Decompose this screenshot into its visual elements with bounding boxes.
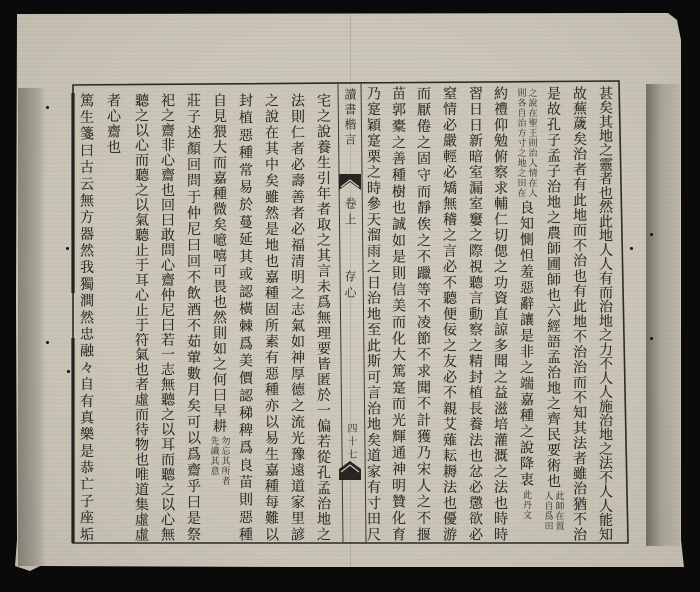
column-text: 篤生箋曰古云無方器然我獨澗然忠融々自有真樂是恭亡子座垢: [76, 93, 96, 541]
text-column: 宅之說養生引年者取之其言未爲無理要皆匿於一偏若從孔孟治地之: [313, 93, 333, 541]
text-column: 封植惡種常易於蔓延其或認橫棘爲美價認稊稗爲良苗則惡種: [235, 93, 255, 541]
note-line: 之說在聖王則治人情在人: [527, 88, 537, 198]
text-column: 窒情必嚴輕必矯無稽之言必不聽便佞之友必不親艾薙耘耨法也優游: [439, 86, 459, 541]
column-text: 封植惡種常易於蔓延其或認橫棘爲美價認稊稗爲良苗則惡種: [235, 93, 255, 541]
column-text: 故蕪薉矣治者有此地而不治也有此地不治治而不知其法者雖治猶不治: [569, 86, 589, 541]
text-column: 聽之以心而聽之以氣聽止于耳心止于符氣也者虛而待物也唯道集虛虛: [131, 93, 151, 541]
text-column: 約禮仰勉俯察求輔仁切偲之功資直諒多聞之益滋培灌溉之法也時時: [490, 86, 510, 541]
text-column: 習日日新暗室漏室窶之際視聽言動察之精封植長養法也忿必懲欲必: [465, 86, 485, 541]
column-text: 習日日新暗室漏室窶之際視聽言動察之精封植長養法也忿必懲欲必: [465, 86, 485, 541]
text-column: 之說在其中矣雖然是地也嘉種固所素有惡種亦以易生嘉種每難以: [261, 93, 281, 541]
column-text: 自見猥大而嘉種微矣噫嘻可畏也然則如之何曰早耕: [209, 93, 229, 434]
column-text: 窒情必嚴輕必矯無稽之言必不聽便佞之友必不親艾薙耘耨法也優游: [439, 86, 459, 541]
text-column: 苗郭橐之善種樹也誠如是則信美而化大篤寔而光輝通神明贊化育: [388, 86, 408, 541]
interlinear-note: 勿忘其所者 先識其意: [209, 436, 230, 486]
note-line: 勿忘其所者: [220, 436, 230, 486]
interlinear-note: 此師在置 人自爲田: [543, 491, 564, 531]
text-column: 之說在聖王則治人情在人 則各自治方寸之地之田在 良知惻怛羞惡辭讓是非之端嘉種之說…: [516, 86, 536, 541]
section-label: 存心: [339, 270, 361, 302]
column-text: 是故孔子孟子治地之農師圃師也六經語孟治地之齊民要術也: [543, 86, 563, 489]
text-column: 莊子述顏回問于仲尼曰回不飲酒不茹葷數月矣可以爲齋乎曰是祭: [183, 93, 203, 541]
text-column: 法則仁者必壽善者必福清明之志氣如神厚德之流光豫遠道家里諺: [287, 93, 307, 541]
note-line: 此丹文: [521, 490, 531, 520]
lower-fishtail-icon: [339, 460, 361, 480]
text-column: 自見猥大而嘉種微矣噫嘻可畏也然則如之何曰早耕 勿忘其所者 先識其意: [209, 93, 229, 541]
column-text: 約禮仰勉俯察求輔仁切偲之功資直諒多聞之益滋培灌溉之法也時時: [490, 86, 510, 541]
column-text: 之說在其中矣雖然是地也嘉種固所素有惡種亦以易生嘉種每難以: [261, 93, 281, 541]
text-column: 是故孔子孟子治地之農師圃師也六經語孟治地之齊民要術也 此師在置 人自爲田: [543, 86, 563, 541]
note-line: 人自爲田: [543, 491, 553, 531]
note-line: 此師在置: [554, 491, 564, 531]
text-column: 乃寔穎寔栗之時參天溜雨之日治地至此斯可言治地矣道家有寸田尺: [363, 86, 383, 541]
interlinear-note: 此丹文: [521, 490, 531, 520]
note-line: 先識其意: [209, 436, 219, 486]
volume-label: 卷上: [339, 197, 361, 229]
text-column: 祀之齋非心齋也回曰敢問心齋仲尼曰若一志無聽之以耳而聽之以心無: [157, 93, 177, 541]
column-text: 祀之齋非心齋也回曰敢問心齋仲尼曰若一志無聽之以耳而聽之以心無: [157, 93, 177, 541]
upper-fishtail-icon: [339, 174, 361, 192]
note-line: 則各自治方寸之地之田在: [516, 88, 526, 198]
column-text: 甚矣其地之靈者也然此地人人有而治地之力不人人施治地之法不人人能知: [595, 86, 615, 541]
column-text: 苗郭橐之善種樹也誠如是則信美而化大篤寔而光輝通神明贊化育: [388, 86, 408, 541]
column-text: 良知惻怛羞惡辭讓是非之端嘉種之說降衷: [516, 200, 536, 488]
text-column: 者心齋也: [103, 93, 123, 541]
text-column: 甚矣其地之靈者也然此地人人有而治地之力不人人施治地之法不人人能知: [595, 86, 615, 541]
column-text: 乃寔穎寔栗之時參天溜雨之日治地至此斯可言治地矣道家有寸田尺: [363, 86, 383, 541]
column-text: 法則仁者必壽善者必福清明之志氣如神厚德之流光豫遠道家里諺: [287, 93, 307, 541]
book-title: 讀書楷言: [339, 88, 361, 148]
text-column: 篤生箋曰古云無方器然我獨澗然忠融々自有真樂是恭亡子座垢: [76, 93, 96, 541]
text-column: 而厭倦之固守而靜俟之不躐等不凌節不求聞不計獲乃宋人之不揠: [413, 86, 433, 541]
column-text: 莊子述顏回問于仲尼曰回不飲酒不茹葷數月矣可以爲齋乎曰是祭: [183, 93, 203, 541]
column-text: 者心齋也: [103, 93, 123, 155]
folio-number: 四十七: [339, 423, 361, 462]
column-text: 而厭倦之固守而靜俟之不躐等不凌節不求聞不計獲乃宋人之不揠: [413, 86, 433, 541]
column-text: 宅之說養生引年者取之其言未爲無理要皆匿於一偏若從孔孟治地之: [313, 93, 333, 541]
column-text: 聽之以心而聽之以氣聽止于耳心止于符氣也者虛而待物也唯道集虛虛: [131, 93, 151, 541]
text-column: 故蕪薉矣治者有此地而不治也有此地不治治而不知其法者雖治猶不治: [569, 86, 589, 541]
interlinear-note: 之說在聖王則治人情在人 則各自治方寸之地之田在: [516, 88, 537, 198]
block-center-column: 讀書楷言 卷上 存心 四十七: [339, 86, 361, 541]
